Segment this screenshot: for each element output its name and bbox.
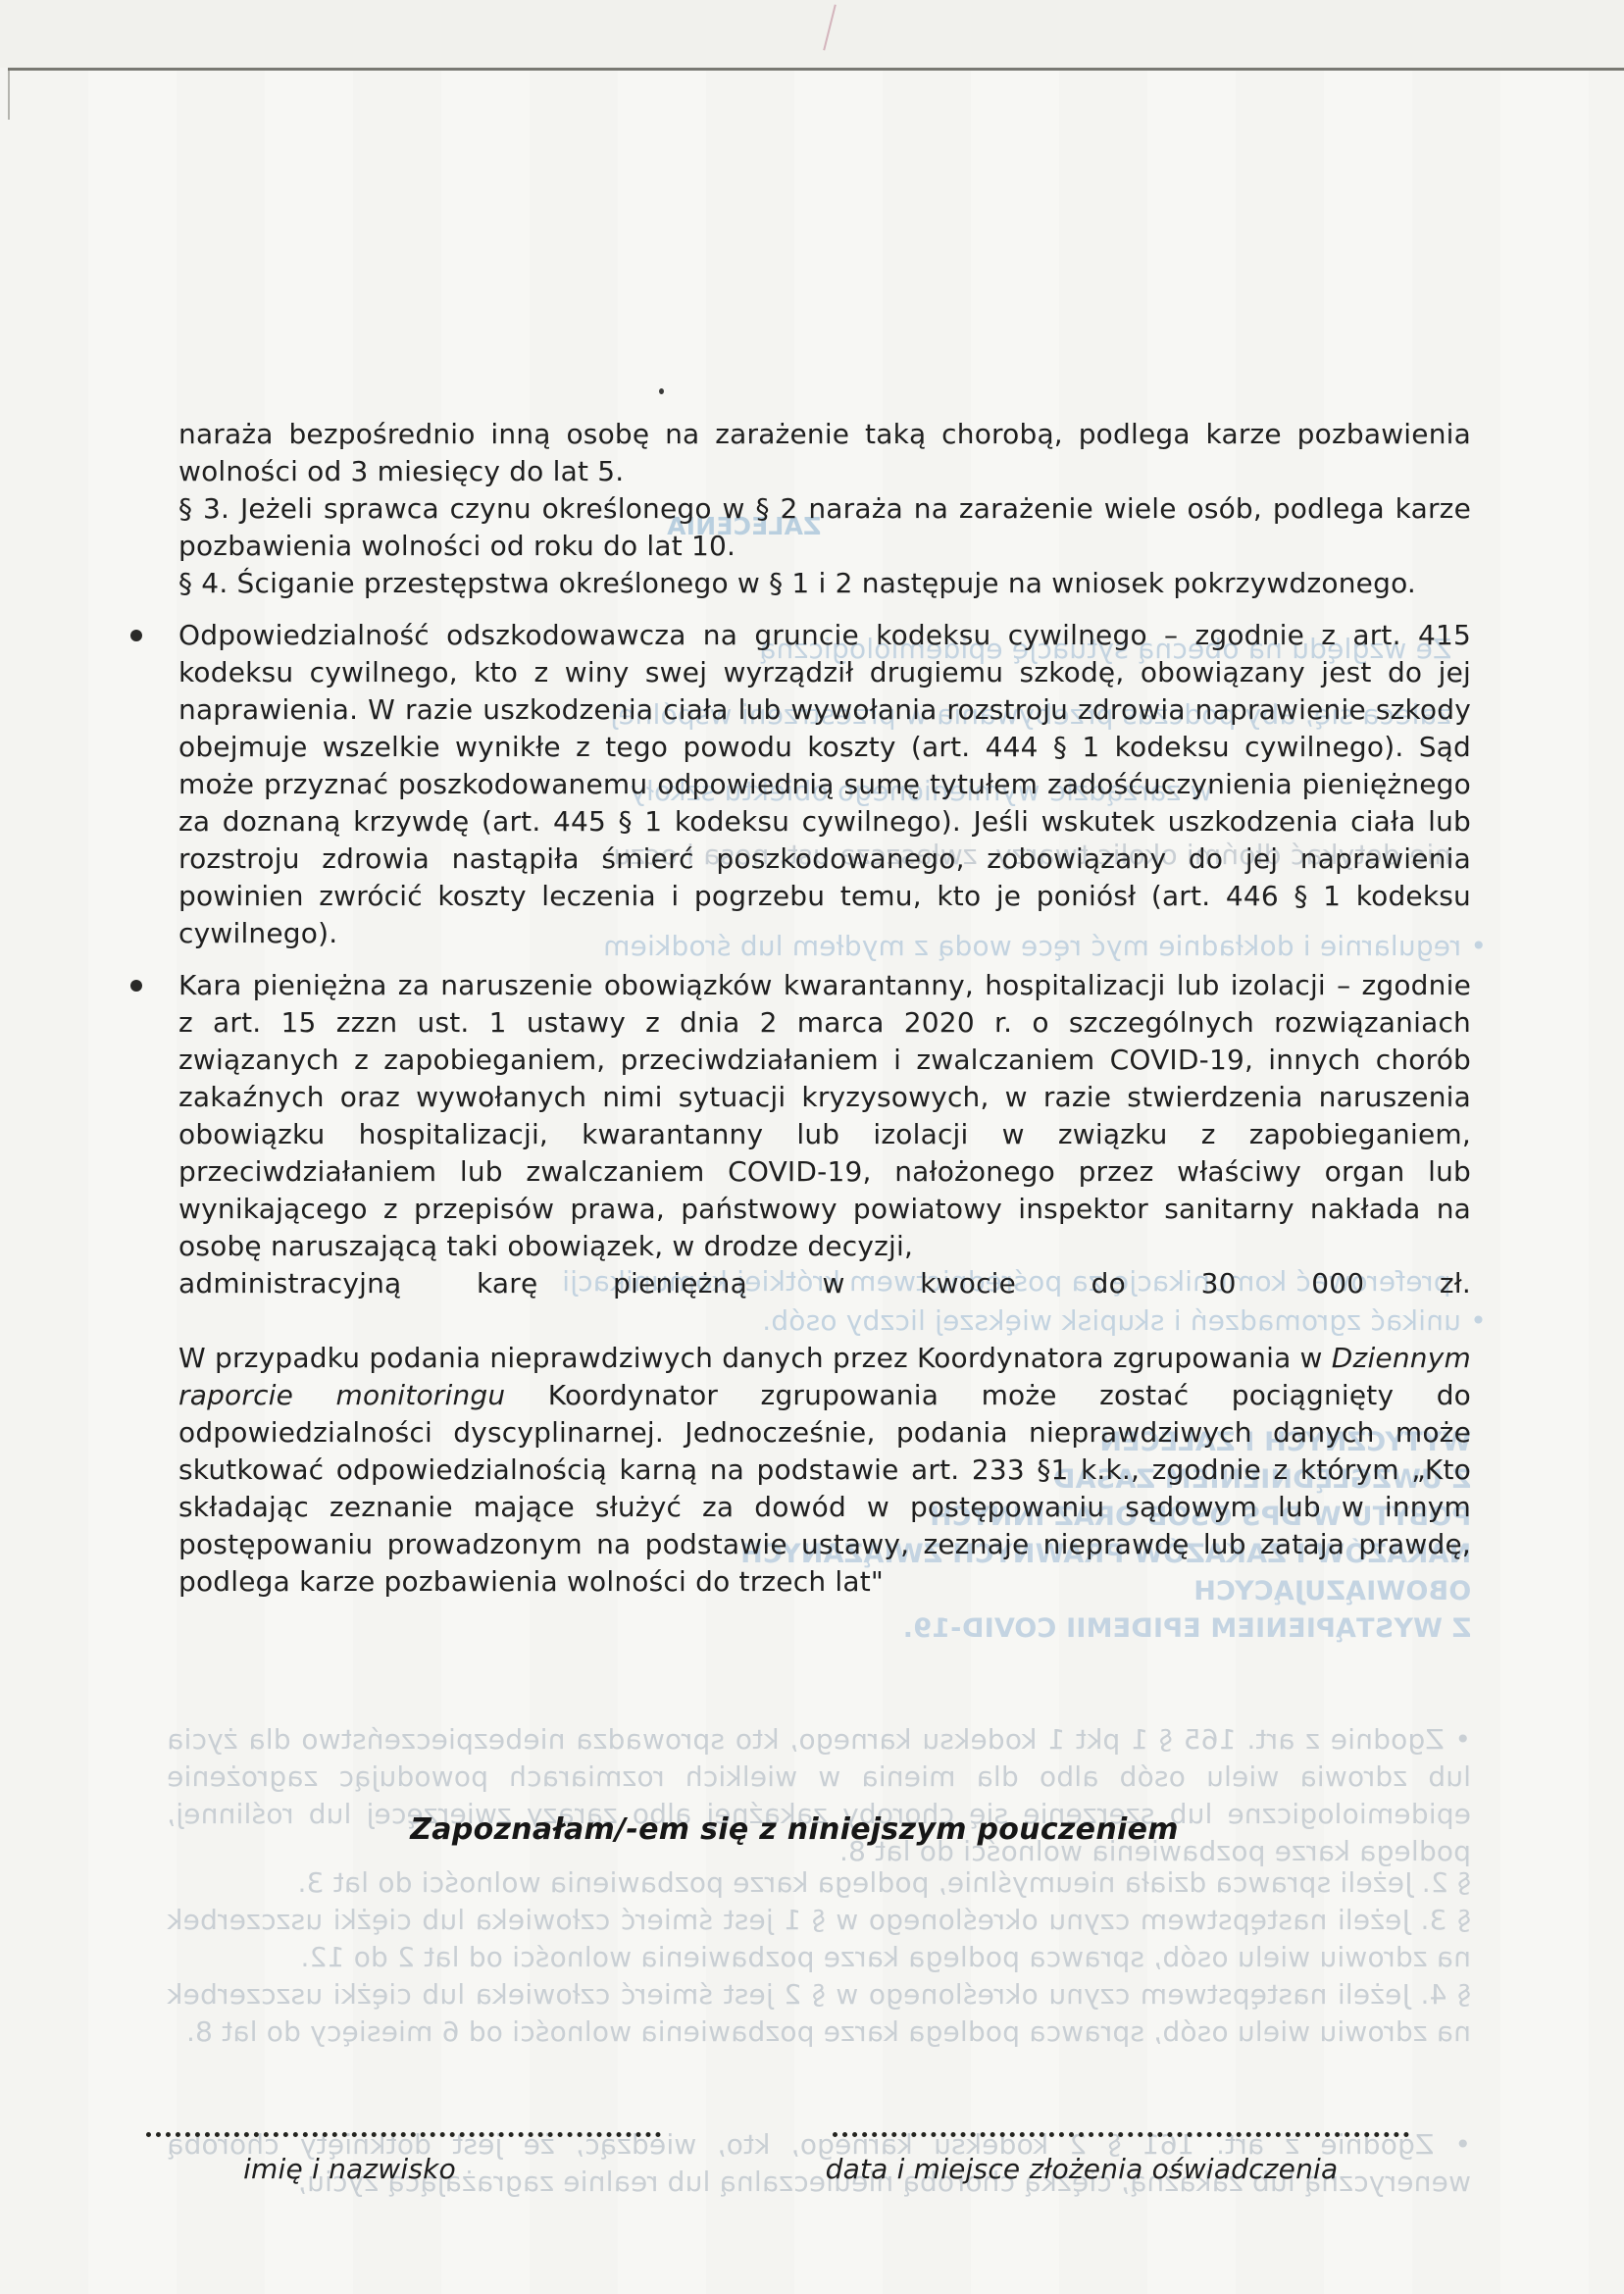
bullet-icon bbox=[130, 630, 142, 641]
signature-name-label: imię i nazwisko bbox=[92, 2153, 607, 2185]
scanner-edge-strip bbox=[0, 0, 1624, 68]
page-edge-corner bbox=[8, 69, 10, 120]
acknowledgement-statement: Zapoznałam/-em się z niniejszym pouczeni… bbox=[118, 1812, 1471, 1847]
signature-name-dotted-line[interactable] bbox=[146, 2126, 661, 2137]
page-edge-line bbox=[8, 68, 1624, 71]
signature-date-block: data i miejsce złożenia oświadczenia bbox=[833, 2126, 1409, 2185]
bullet-text: Kara pieniężna za naruszenie obowiązków … bbox=[178, 967, 1471, 1265]
bullet-item-quarantine-fine: Kara pieniężna za naruszenie obowiązków … bbox=[178, 967, 1471, 1302]
paragraph-continuation: naraża bezpośrednio inną osobę na zaraże… bbox=[178, 416, 1471, 490]
bullet-icon bbox=[130, 980, 142, 992]
bleedthrough-paragraph: § 2. Jeżeli sprawca działa nieumyślnie, … bbox=[167, 1864, 1471, 2051]
bleedthrough-paragraph: • Zgodnie z art. 165 § 1 pkt 1 kodeksu k… bbox=[167, 1721, 1471, 1870]
bullet-item-civil-liability: Odpowiedzialność odszkodowawcza na grunc… bbox=[178, 617, 1471, 952]
document-body: naraża bezpośrednio inną osobę na zaraże… bbox=[178, 416, 1471, 1601]
signature-date-label: data i miejsce złożenia oświadczenia bbox=[793, 2153, 1370, 2185]
bullet-text: Odpowiedzialność odszkodowawcza na grunc… bbox=[178, 617, 1471, 952]
signature-name-block: imię i nazwisko bbox=[146, 2126, 661, 2185]
paragraph-par3: § 3. Jeżeli sprawca czynu określonego w … bbox=[178, 490, 1471, 565]
paragraph-false-data: W przypadku podania nieprawdziwych danyc… bbox=[178, 1340, 1471, 1601]
stray-ink-dot bbox=[659, 388, 664, 394]
scanned-document-page: ZALECENIA Ze względu na obecną sytuację … bbox=[0, 0, 1624, 2294]
bullet-text-last-line: administracyjną karę pieniężną w kwocie … bbox=[178, 1265, 1471, 1302]
paragraph-par4: § 4. Ściganie przestępstwa określonego w… bbox=[178, 565, 1471, 602]
closing-rest: Koordynator zgrupowania może zostać poci… bbox=[178, 1379, 1471, 1598]
signature-date-dotted-line[interactable] bbox=[833, 2126, 1409, 2137]
closing-lead: W przypadku podania nieprawdziwych danyc… bbox=[178, 1342, 1332, 1374]
